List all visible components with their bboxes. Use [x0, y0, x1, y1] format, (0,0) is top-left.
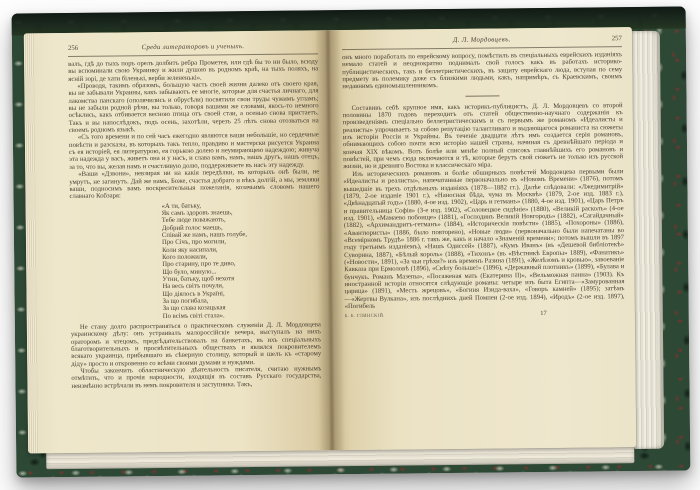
right-page-number: 257 [612, 35, 622, 42]
right-running-title: Д. Л. Мордовцевъ. [342, 35, 622, 45]
left-page: 256 Среди литераторовъ и ученыхъ. валъ, … [24, 30, 332, 453]
left-running-title: Среди литераторовъ и ученыхъ. [68, 42, 318, 52]
photo-background: 256 Среди литераторовъ и ученыхъ. валъ, … [0, 0, 700, 490]
poem-quote: «А ти, батьку, Як самъ здоровъ знаешь, Т… [162, 201, 321, 320]
left-page-content: 256 Среди литераторовъ и ученыхъ. валъ, … [24, 30, 332, 453]
left-page-body: валъ, гдѣ до тыхъ поръ орелъ долбитъ реб… [68, 58, 321, 390]
open-pages: 256 Среди литераторовъ и ученыхъ. валъ, … [24, 27, 636, 453]
paragraph: «Съ того времени и по сей часъ ежегодно … [69, 132, 319, 171]
paragraph: Чтобы закончить областническую дѣятельно… [71, 365, 321, 390]
right-page-content: Д. Л. Мордовцевъ. 257 онъ много поработа… [328, 27, 636, 450]
section-divider [465, 95, 499, 96]
paragraph: онъ много поработалъ по еврейскому вопро… [342, 51, 622, 91]
right-page: Д. Л. Мордовцевъ. 257 онъ много поработа… [328, 27, 636, 450]
paragraph: Составивъ себѣ крупное имя, какъ историк… [343, 102, 624, 171]
sheet-signature-number: 17 [540, 310, 547, 317]
right-page-body: онъ много поработалъ по еврейскому вопро… [342, 51, 625, 319]
paragraph: Изъ историческихъ романовъ и болѣе обшир… [343, 168, 624, 310]
paragraph: Не стану долго распространяться о практи… [71, 321, 321, 368]
right-page-footer: Б. Б. ГЛИНСКIЙ. 17 [345, 309, 625, 319]
paragraph: валъ, гдѣ до тыхъ поръ орелъ долбитъ реб… [68, 58, 318, 83]
paragraph: «Проводя, такимъ образомъ, большую часть… [68, 80, 319, 134]
book-gutter [315, 30, 345, 450]
paragraph: «Ваши «Дзвони», невзирая ни на какiя пер… [69, 168, 319, 200]
author-signature: Б. Б. ГЛИНСКIЙ. [345, 313, 385, 318]
book: 256 Среди литераторовъ и ученыхъ. валъ, … [12, 6, 691, 477]
